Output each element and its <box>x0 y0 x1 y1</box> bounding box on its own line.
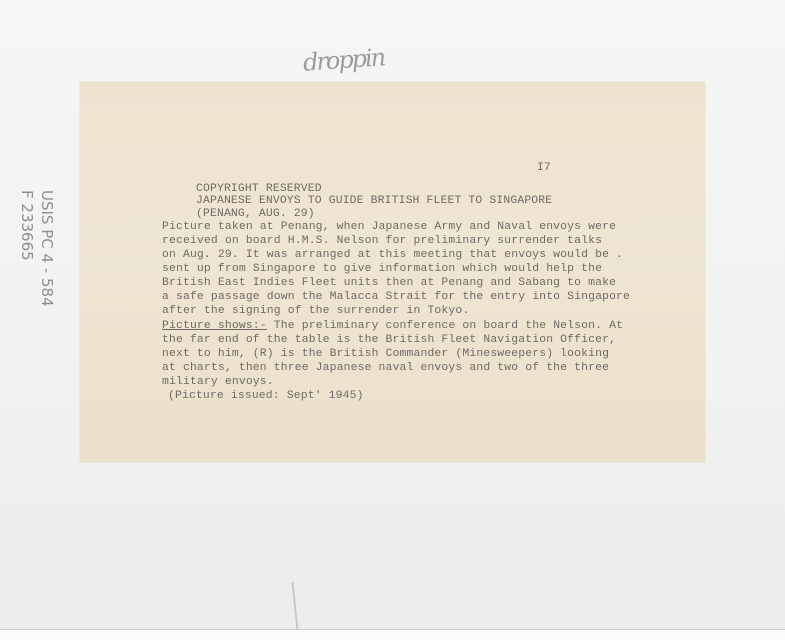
body-line: on Aug. 29. It was arranged at this meet… <box>162 249 623 262</box>
body-line: received on board H.M.S. Nelson for prel… <box>162 235 602 248</box>
picture-shows-line: the far end of the table is the British … <box>162 334 616 347</box>
dateline: (PENANG, AUG. 29) <box>196 208 315 221</box>
picture-shows-line: next to him, (R) is the British Commande… <box>162 348 609 361</box>
picture-shows-line: at charts, then three Japanese naval env… <box>162 362 609 375</box>
page-number: I7 <box>537 162 551 174</box>
body-line: sent up from Singapore to give informati… <box>162 263 602 276</box>
picture-shows-text: The preliminary conference on board the … <box>267 320 623 332</box>
picture-shows-line: Picture shows:- The preliminary conferen… <box>162 320 623 333</box>
headline: JAPANESE ENVOYS TO GUIDE BRITISH FLEET T… <box>196 195 552 208</box>
handwritten-signature: droppin <box>302 43 385 77</box>
handwritten-file-number: F 233665 <box>18 190 36 261</box>
photo-bottom-edge <box>0 629 785 640</box>
body-line: after the signing of the surrender in To… <box>162 305 469 318</box>
picture-shows-line: military envoys. <box>162 376 274 389</box>
body-line: British East Indies Fleet units then at … <box>162 277 616 290</box>
body-line: a safe passage down the Malacca Strait f… <box>162 291 630 304</box>
typed-caption: COPYRIGHT RESERVED JAPANESE ENVOYS TO GU… <box>162 0 176 251</box>
body-line: Picture taken at Penang, when Japanese A… <box>162 221 616 234</box>
issued-line: (Picture issued: Sept' 1945) <box>168 390 364 403</box>
picture-shows-label: Picture shows:- <box>162 320 267 332</box>
handwritten-inventory-code: USIS PC 4 - 584 <box>38 190 56 307</box>
